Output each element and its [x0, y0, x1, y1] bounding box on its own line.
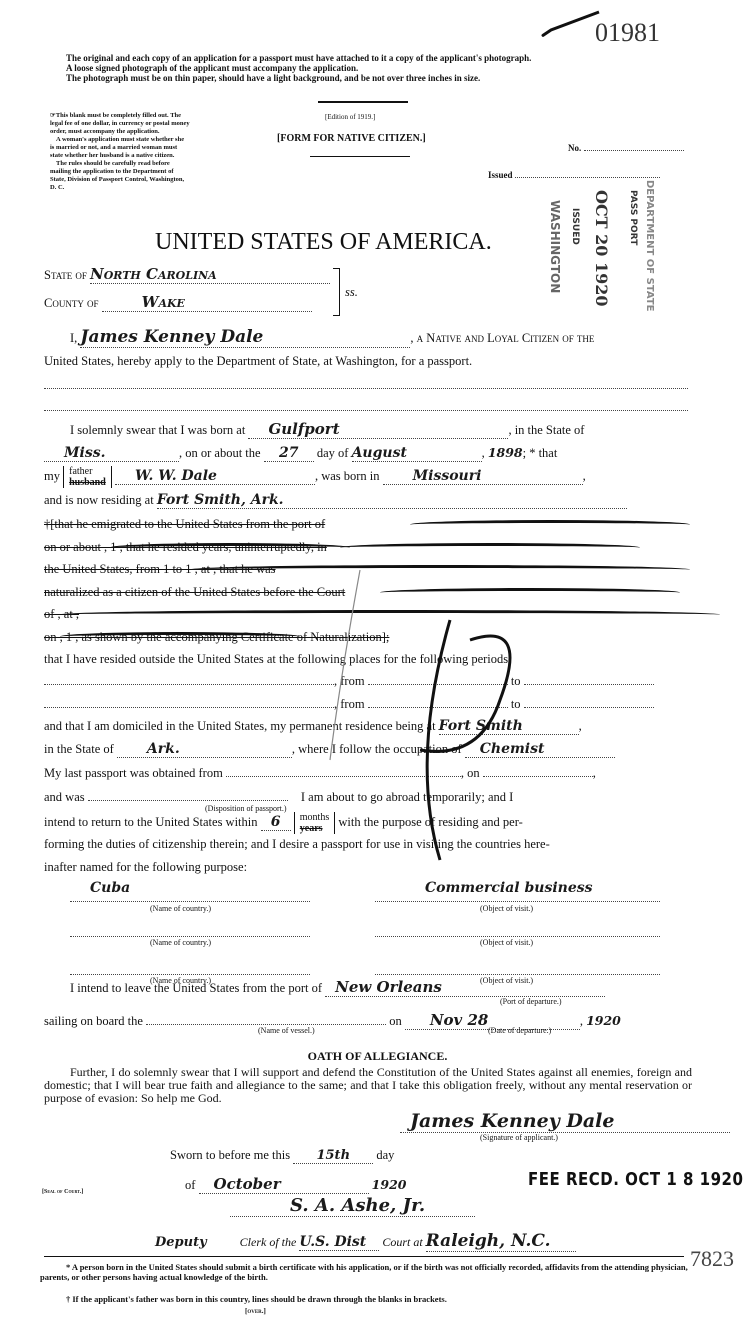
country-field[interactable] — [70, 958, 310, 975]
residing-row: and is now residing at Fort Smith, Ark. — [44, 492, 627, 509]
object-field[interactable]: Commercial business — [375, 880, 660, 902]
oath-title: OATH OF ALLEGIANCE. — [0, 1049, 755, 1064]
sworn-day-field[interactable]: 15th — [293, 1148, 373, 1164]
sidebar-note: ☞This blank must be completely filled ou… — [50, 112, 190, 192]
country-field[interactable] — [70, 920, 310, 937]
court-place-field[interactable]: Raleigh, N.C. — [426, 1231, 576, 1252]
ss-label: ss. — [345, 285, 358, 300]
list-item: Cuba (Name of country.) Commercial busin… — [70, 880, 710, 920]
seal-label: [Seal of Court.] — [42, 1189, 83, 1195]
father-name-field[interactable]: W. W. Dale — [115, 468, 315, 485]
signature-caption: (Signature of applicant.) — [480, 1133, 558, 1142]
form-type: [FORM FOR NATIVE CITIZEN.] — [277, 133, 426, 144]
port-row: I intend to leave the United States from… — [70, 978, 605, 997]
clerk-signature[interactable]: S. A. Ashe, Jr. — [230, 1195, 475, 1217]
applicant-name-field[interactable]: I, James Kenney Dale, a Native and Loyal… — [70, 327, 594, 348]
birth-state-field[interactable]: Miss. — [44, 445, 179, 462]
divider — [318, 101, 408, 103]
edition-label: [Edition of 1919.] — [325, 113, 375, 121]
list-item: (Name of country.) (Object of visit.) — [70, 920, 710, 958]
clerk-row: Deputy Clerk of the U.S. Dist Court at R… — [155, 1231, 576, 1252]
port-field[interactable]: New Orleans — [325, 978, 605, 997]
state-field[interactable]: State of North Carolina — [44, 265, 330, 284]
father-row: my father husband W. W. Dale, was born i… — [44, 466, 694, 488]
sworn-day-row: Sworn to before me this 15th day — [170, 1148, 394, 1164]
port-caption: (Port of departure.) — [500, 997, 562, 1006]
visits-list: Cuba (Name of country.) Commercial busin… — [70, 880, 710, 988]
oath-body: Further, I do solemnly swear that I will… — [44, 1066, 692, 1105]
issued-field[interactable]: Issued — [488, 170, 660, 180]
vessel-field[interactable] — [146, 1024, 386, 1025]
document-title: UNITED STATES OF AMERICA. — [155, 229, 492, 256]
file-number: 01981 — [595, 18, 660, 48]
divider — [310, 156, 410, 157]
object-field[interactable] — [375, 958, 660, 975]
purpose-intro: inafter named for the following purpose: — [44, 860, 247, 875]
country-field[interactable]: Cuba — [70, 880, 310, 902]
blank-line — [44, 410, 688, 411]
pen-mark — [300, 560, 530, 880]
court-name-field[interactable]: U.S. Dist — [299, 1234, 379, 1251]
disposition-field[interactable] — [88, 800, 288, 801]
birthdate-row: Miss., on or about the 27 day of August,… — [44, 445, 694, 462]
fee-received-stamp: FEE RECD. OCT 1 8 1920 — [528, 1168, 743, 1190]
date-caption: (Date of departure.) — [488, 1026, 551, 1035]
residing-field[interactable]: Fort Smith, Ark. — [157, 492, 627, 509]
applicant-signature[interactable]: James Kenney Dale — [400, 1110, 730, 1133]
birthplace-field[interactable]: Gulfport — [248, 420, 508, 439]
sworn-month-row: of October 1920 — [185, 1175, 406, 1194]
footnote-father: † If the applicant's father was born in … — [66, 1294, 696, 1304]
return-period-field[interactable]: 6 — [261, 814, 291, 831]
vessel-caption: (Name of vessel.) — [258, 1026, 315, 1035]
divider — [44, 1256, 684, 1257]
object-field[interactable] — [375, 920, 660, 937]
domicile-state-field[interactable]: Ark. — [117, 741, 292, 758]
photo-instructions: The original and each copy of an applica… — [66, 53, 706, 83]
sworn-month-field[interactable]: October — [199, 1175, 369, 1194]
blank-line — [44, 388, 688, 389]
birth-year-field[interactable]: 1898 — [488, 445, 523, 460]
birth-day-field[interactable]: 27 — [264, 445, 314, 462]
bracket — [333, 268, 340, 316]
birth-month-field[interactable]: August — [352, 445, 482, 462]
county-field[interactable]: County of Wake — [44, 293, 312, 312]
birthplace-row: I solemnly swear that I was born at Gulf… — [70, 420, 690, 439]
over-label: [over.] — [245, 1307, 266, 1315]
number-field[interactable]: No. — [568, 143, 684, 153]
father-birthplace-field[interactable]: Missouri — [383, 468, 583, 485]
footer-number: 7823 — [690, 1246, 734, 1272]
footnote-birth: * A person born in the United States sho… — [40, 1262, 690, 1282]
apply-text: United States, hereby apply to the Depar… — [44, 354, 472, 369]
